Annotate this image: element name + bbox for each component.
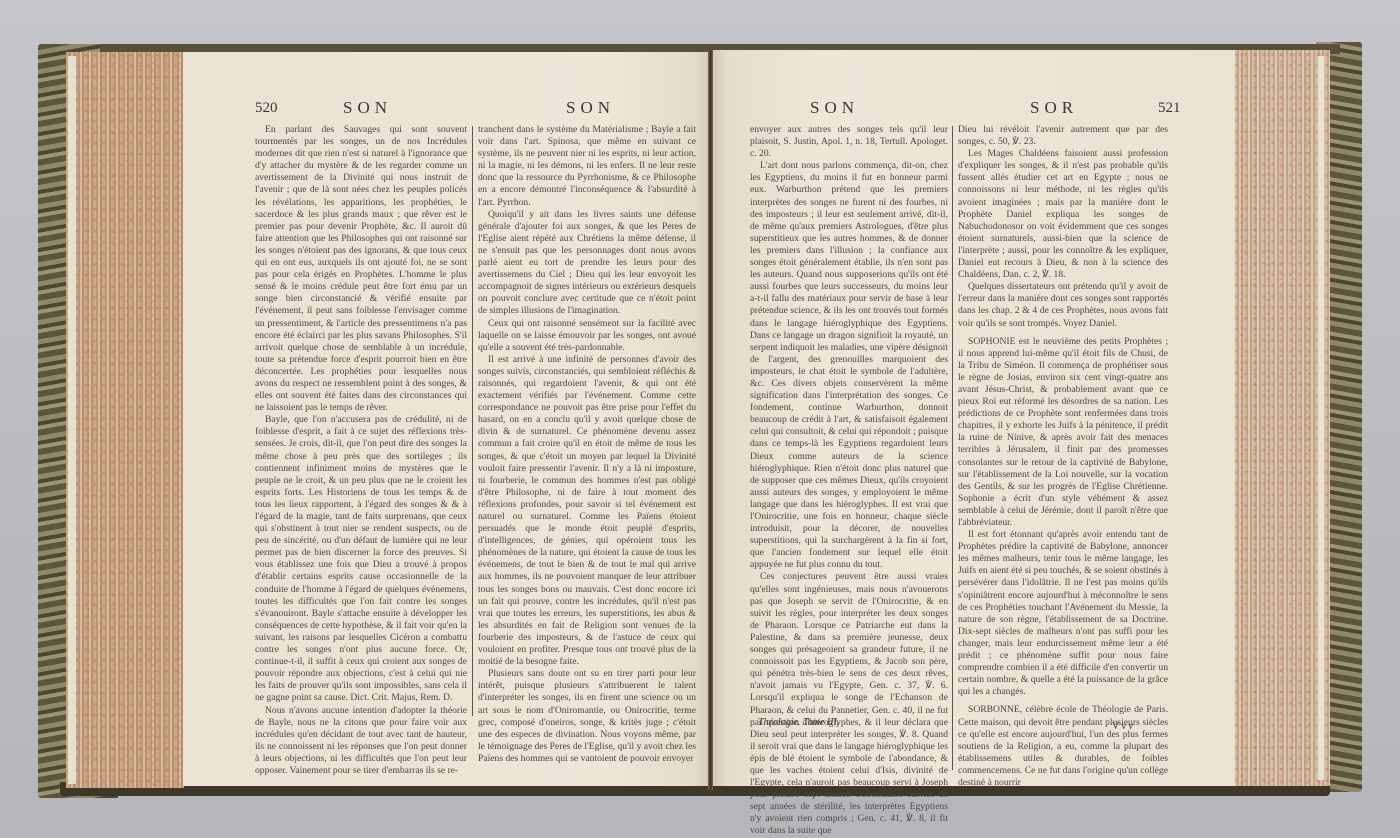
paragraph: Plusieurs sans doute ont su en tirer par… <box>478 668 696 765</box>
column-rule <box>952 126 953 770</box>
entry-sorbonne: SORBONNE, célèbre école de Théologie de … <box>958 704 1168 789</box>
paragraph: Les Mages Chaldéens faisoient aussi prof… <box>958 148 1168 281</box>
running-head: SON <box>566 98 615 118</box>
page-left: 520 SON SON En parlant des Sauvages qui … <box>183 52 711 786</box>
page-number: 520 <box>255 100 278 117</box>
gutter <box>708 50 713 790</box>
running-head: SON <box>343 98 392 118</box>
endpaper-left <box>68 56 76 784</box>
page-right: SON SOR 521 envoyer aux autres des songe… <box>712 50 1235 786</box>
paragraph: Ces conjectures peuvent être aussi vraie… <box>750 571 948 837</box>
paragraph: Dieu lui révéloit l'avenir autrement que… <box>958 124 1168 148</box>
paragraph: Ceux qui ont raisonné sensément sur la f… <box>478 318 696 354</box>
endpaper-right <box>1318 56 1324 780</box>
paragraph: Bayle, que l'on n'accusera pas de crédul… <box>255 414 467 704</box>
paragraph: Nous n'avons aucune intention d'adopter … <box>255 705 467 778</box>
running-head: SON <box>810 98 859 118</box>
running-head: SOR <box>1030 98 1078 118</box>
footer-volume: Théologie. Tome III. <box>758 717 839 728</box>
paragraph: L'art dont nous parlons commença, dit-on… <box>750 160 948 571</box>
paragraph: Quelques dissertateurs ont prétendu qu'i… <box>958 281 1168 329</box>
text-column-2: Dieu lui révéloit l'avenir autrement que… <box>958 124 1168 789</box>
paragraph: Il est fort étonnant qu'après avoir ente… <box>958 529 1168 698</box>
signature-mark: Vvv <box>1112 721 1135 732</box>
paragraph: Quoiqu'il y ait dans les livres saints u… <box>478 209 696 318</box>
paragraph: tranchent dans le système du Matérialism… <box>478 124 696 209</box>
page-number: 521 <box>1158 100 1181 117</box>
paragraph: En parlant des Sauvages qui sont souvent… <box>255 124 467 414</box>
column-rule <box>472 126 473 716</box>
text-column-1: envoyer aux autres des songes tels qu'il… <box>750 124 948 838</box>
text-column-1: En parlant des Sauvages qui sont souvent… <box>255 124 467 777</box>
fore-edge-left <box>66 52 184 788</box>
paragraph: envoyer aux autres des songes tels qu'il… <box>750 124 948 160</box>
paragraph: Il est arrivé à une infinité de personne… <box>478 354 696 668</box>
text-column-2: tranchent dans le système du Matérialism… <box>478 124 696 765</box>
fore-edge-right <box>1234 50 1330 786</box>
entry-sophonie: SOPHONIE est le neuvième des petits Prop… <box>958 336 1168 530</box>
